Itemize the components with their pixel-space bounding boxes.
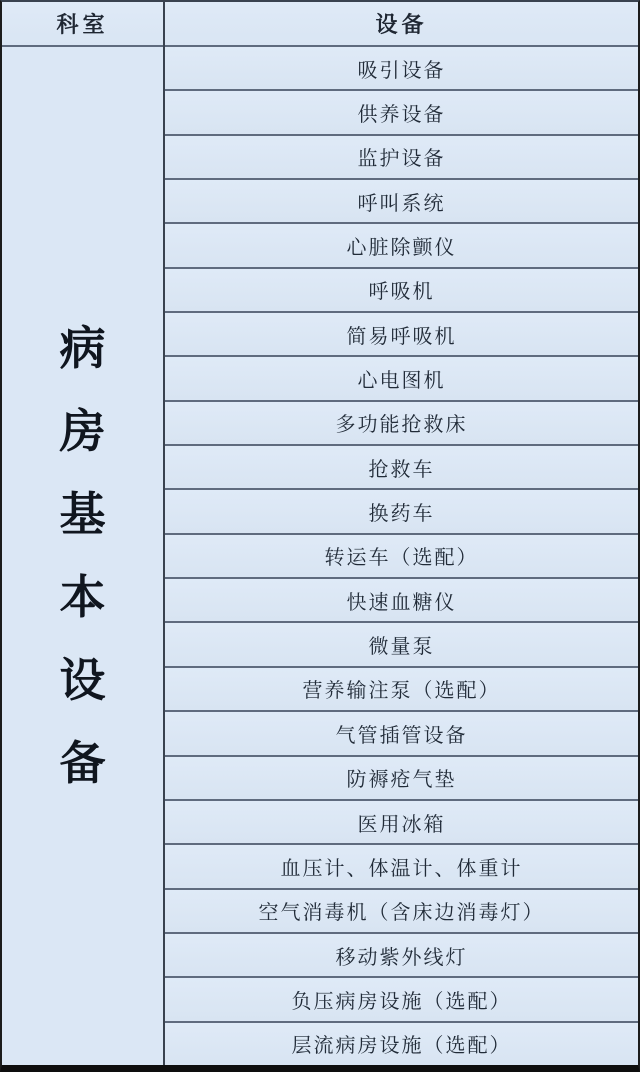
equipment-row: 多功能抢救床 [165,402,638,446]
department-column: 科室 病 房 基 本 设 备 [2,2,165,1065]
department-header-cell: 科室 [2,2,163,47]
equipment-row: 微量泵 [165,623,638,667]
department-char: 基 [60,492,106,538]
equipment-row: 吸引设备 [165,47,638,91]
equipment-table: 科室 病 房 基 本 设 备 设备 吸引设备 供养设备 监护设备 呼叫系统 心脏… [0,0,640,1072]
equipment-row: 心脏除颤仪 [165,224,638,268]
equipment-row: 医用冰箱 [165,801,638,845]
equipment-row: 呼叫系统 [165,180,638,224]
department-char: 备 [60,741,106,787]
equipment-row: 移动紫外线灯 [165,934,638,978]
equipment-row: 监护设备 [165,136,638,180]
department-char: 设 [60,658,106,704]
equipment-row: 防褥疮气垫 [165,757,638,801]
department-char: 本 [60,575,106,621]
table-grid: 科室 病 房 基 本 设 备 设备 吸引设备 供养设备 监护设备 呼叫系统 心脏… [2,2,638,1065]
department-char: 房 [60,409,106,455]
equipment-row: 血压计、体温计、体重计 [165,845,638,889]
equipment-header-cell: 设备 [165,2,638,47]
equipment-row: 空气消毒机（含床边消毒灯） [165,890,638,934]
equipment-row: 供养设备 [165,91,638,135]
equipment-row: 负压病房设施（选配） [165,978,638,1022]
equipment-row: 抢救车 [165,446,638,490]
equipment-row: 气管插管设备 [165,712,638,756]
equipment-row: 营养输注泵（选配） [165,668,638,712]
equipment-row: 快速血糖仪 [165,579,638,623]
equipment-row: 心电图机 [165,357,638,401]
department-merged-cell: 病 房 基 本 设 备 [2,47,163,1065]
equipment-row: 转运车（选配） [165,535,638,579]
equipment-row: 呼吸机 [165,269,638,313]
equipment-column: 设备 吸引设备 供养设备 监护设备 呼叫系统 心脏除颤仪 呼吸机 简易呼吸机 心… [165,2,638,1065]
equipment-row: 层流病房设施（选配） [165,1023,638,1065]
equipment-row: 换药车 [165,490,638,534]
equipment-row: 简易呼吸机 [165,313,638,357]
department-char: 病 [60,326,106,372]
